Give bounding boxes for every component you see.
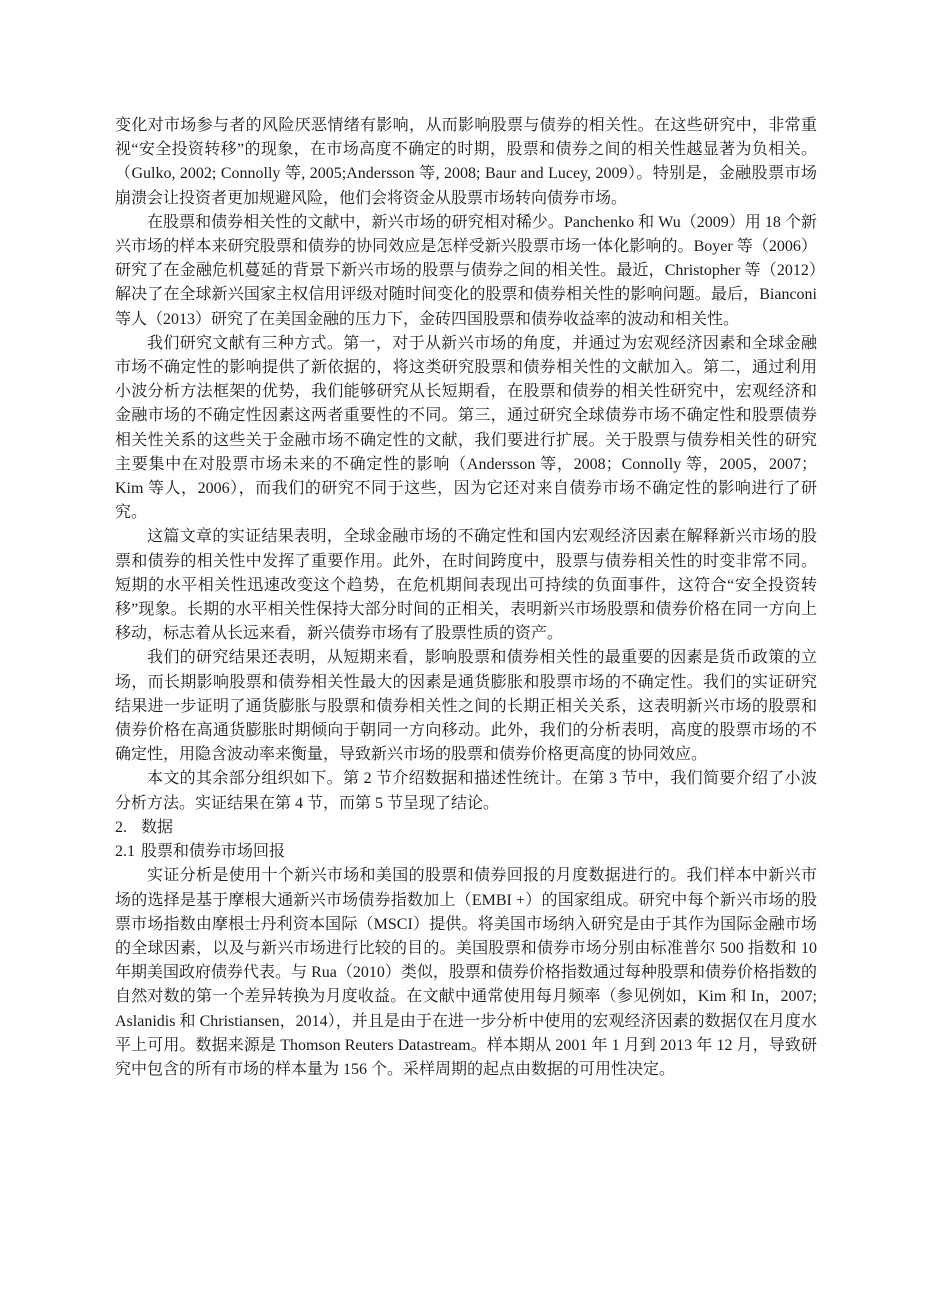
paragraph-data-description: 实证分析是使用十个新兴市场和美国的股票和债券回报的月度数据进行的。我们样本中新兴… [115,864,817,1082]
paragraph-paper-organization: 本文的其余部分组织如下。第 2 节介绍数据和描述性统计。在第 3 节中，我们简要… [115,767,817,815]
subsection-label: 股票和债券市场回报 [141,843,285,860]
section-label: 数据 [141,819,173,836]
section-number: 2. [115,816,127,840]
document-page: 变化对市场参与者的风险厌恶情绪有影响，从而影响股票与债券的相关性。在这些研究中，… [115,114,817,1082]
paragraph-literature-emerging-markets: 在股票和债券相关性的文献中，新兴市场的研究相对稀少。Panchenko 和 Wu… [115,211,817,332]
paragraph-results-monetary-policy-inflation: 我们的研究结果还表明，从短期来看，影响股票和债券相关性的最重要的因素是货币政策的… [115,646,817,767]
subsection-number: 2.1 [115,840,135,864]
section-heading-data: 2.数据 [115,816,817,840]
paragraph-continuation: 变化对市场参与者的风险厌恶情绪有影响，从而影响股票与债券的相关性。在这些研究中，… [115,114,817,211]
subsection-heading-stock-bond-returns: 2.1股票和债券市场回报 [115,840,817,864]
paragraph-contribution-three-ways: 我们研究文献有三种方式。第一，对于从新兴市场的角度，并通过为宏观经济因素和全球金… [115,332,817,526]
paragraph-empirical-results-overview: 这篇文章的实证结果表明，全球金融市场的不确定性和国内宏观经济因素在解释新兴市场的… [115,525,817,646]
